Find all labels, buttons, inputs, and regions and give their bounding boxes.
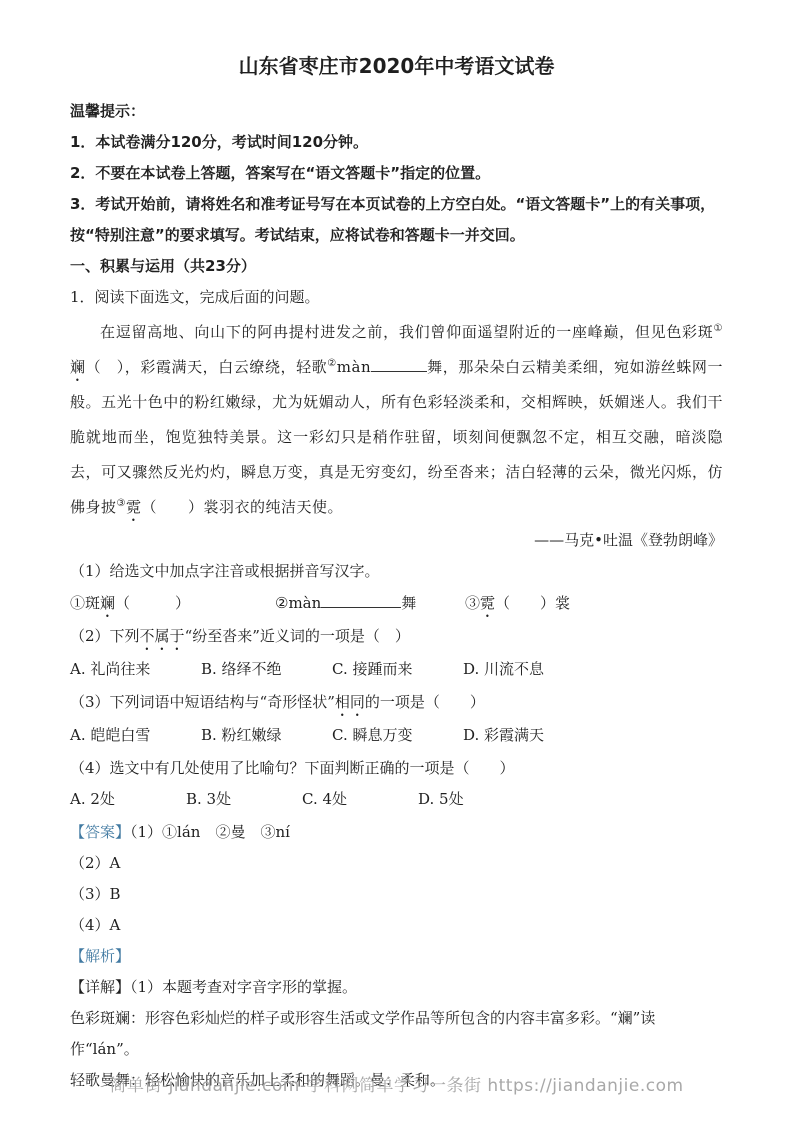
sub-question-4-options: A. 2处 B. 3处 C. 4处 D. 5处 [70,784,723,815]
fill-in-blank-line [321,593,401,608]
answer-line-1: 【答案】（1）①lán ②曼 ③ní [70,817,723,848]
section-heading: 一、积累与运用（共23分） [70,251,723,282]
pinyin-item-3-dotted: 霓 [480,594,495,612]
detail-1-text: （1）本题考查对字音字形的掌握。 [130,978,357,996]
analysis-label: 【解析】 [70,941,723,972]
sub-question-2-post: “纷至沓来”近义词的一项是（ ） [185,627,410,645]
sub-question-2-dotted: 不属于 [140,627,185,645]
passage-pinyin: màn [337,358,371,376]
page-title: 山东省枣庄市2020年中考语文试卷 [70,52,723,80]
option-b: B. 络绎不绝 [201,654,332,685]
pinyin-item-2-post: 舞 [401,594,416,612]
pinyin-item-2: ②màn舞 [275,587,465,621]
dotted-char-lan: 斓 [70,358,86,376]
notice-item-3: 3．考试开始前，请将姓名和准考证号写在本页试卷的上方空白处。“语文答题卡”上的有… [70,189,723,251]
answer-line-4: （4）A [70,910,723,941]
passage-seg-3: 舞，那朵朵白云精美柔细，宛如游丝蛛网一般。五光十色中的粉红嫩绿，尤为妩媚动人，所… [70,358,723,516]
pinyin-item-3: ③霓（ ）裳 [465,587,570,621]
sub-question-2-pre: （2）下列 [70,627,140,645]
sub-question-3-post: 的一项是（ ） [365,693,485,711]
analysis-detail-2: 色彩斑斓：形容色彩灿烂的样子或形容生活或文学作品等所包含的内容丰富多彩。“斓”读… [70,1003,723,1065]
option-d: D. 川流不息 [463,654,594,685]
annotation-mark-3: ③ [117,498,126,509]
fill-in-blank-line [371,357,427,372]
option-a: A. 2处 [70,784,186,815]
sub-question-1: （1）给选文中加点字注音或根据拼音写汉字。 [70,556,723,587]
option-b: B. 3处 [186,784,302,815]
question-1-intro: 1．阅读下面选文，完成后面的问题。 [70,282,723,313]
detail-label: 【详解】 [70,978,130,996]
sub-question-1-items: ①斑斓（ ） ②màn舞 ③霓（ ）裳 [70,587,723,621]
pinyin-item-3-parens: （ ）裳 [495,594,570,612]
notice-item-2: 2．不要在本试卷上答题，答案写在“语文答题卡”指定的位置。 [70,158,723,189]
pinyin-item-1-pre: ①斑 [70,594,100,612]
sub-question-3: （3）下列词语中短语结构与“奇形怪状”相同的一项是（ ） [70,687,723,720]
notice-item-1: 1．本试卷满分120分，考试时间120分钟。 [70,127,723,158]
sub-question-3-dotted: 相同 [335,693,365,711]
passage-seg-2: （ ），彩霞满天，白云缭绕，轻歌 [86,358,328,376]
passage-seg-4: （ ）裳羽衣的纯洁天使。 [142,498,344,516]
annotation-mark-1: ① [714,323,723,334]
dotted-char-ni: 霓 [126,498,142,516]
sub-question-3-pre: （3）下列词语中短语结构与“奇形怪状” [70,693,335,711]
pinyin-item-3-pre: ③ [465,594,480,612]
passage-attribution: ——马克•吐温《登勃朗峰》 [70,525,723,556]
option-c: C. 4处 [302,784,418,815]
analysis-detail-1: 【详解】（1）本题考查对字音字形的掌握。 [70,972,723,1003]
sub-question-2-options: A. 礼尚往来 B. 络绎不绝 C. 接踵而来 D. 川流不息 [70,654,723,685]
sub-question-3-options: A. 皑皑白雪 B. 粉红嫩绿 C. 瞬息万变 D. 彩霞满天 [70,720,723,751]
sub-question-2: （2）下列不属于“纷至沓来”近义词的一项是（ ） [70,621,723,654]
answer-line-3: （3）B [70,879,723,910]
pinyin-item-1-dotted: 斓 [100,594,115,612]
pinyin-item-1: ①斑斓（ ） [70,587,275,621]
pinyin-item-1-parens: （ ） [115,594,190,612]
annotation-mark-2: ② [327,358,337,369]
pinyin-item-2-pre: ②màn [275,594,321,612]
site-watermark: 简单街-jiandanjie.com-学科网简单学习一条街 https://ji… [0,1071,793,1096]
answer-line-2: （2）A [70,848,723,879]
option-d: D. 5处 [418,784,534,815]
answer-label: 【答案】 [70,823,130,841]
passage-seg-1: 在逗留高地、向山下的阿冉提村进发之前，我们曾仰面遥望附近的一座峰巅，但见色彩斑 [100,323,714,341]
option-a: A. 礼尚往来 [70,654,201,685]
option-b: B. 粉红嫩绿 [201,720,332,751]
option-c: C. 接踵而来 [332,654,463,685]
option-c: C. 瞬息万变 [332,720,463,751]
option-d: D. 彩霞满天 [463,720,594,751]
sub-question-4: （4）选文中有几处使用了比喻句？下面判断正确的一项是（ ） [70,753,723,784]
exam-paper-page: 山东省枣庄市2020年中考语文试卷 温馨提示： 1．本试卷满分120分，考试时间… [0,0,793,1122]
option-a: A. 皑皑白雪 [70,720,201,751]
answer-1-value: （1）①lán ②曼 ③ní [130,823,290,841]
notice-header: 温馨提示： [70,96,723,127]
passage-text: 在逗留高地、向山下的阿冉提村进发之前，我们曾仰面遥望附近的一座峰巅，但见色彩斑①… [70,315,723,525]
